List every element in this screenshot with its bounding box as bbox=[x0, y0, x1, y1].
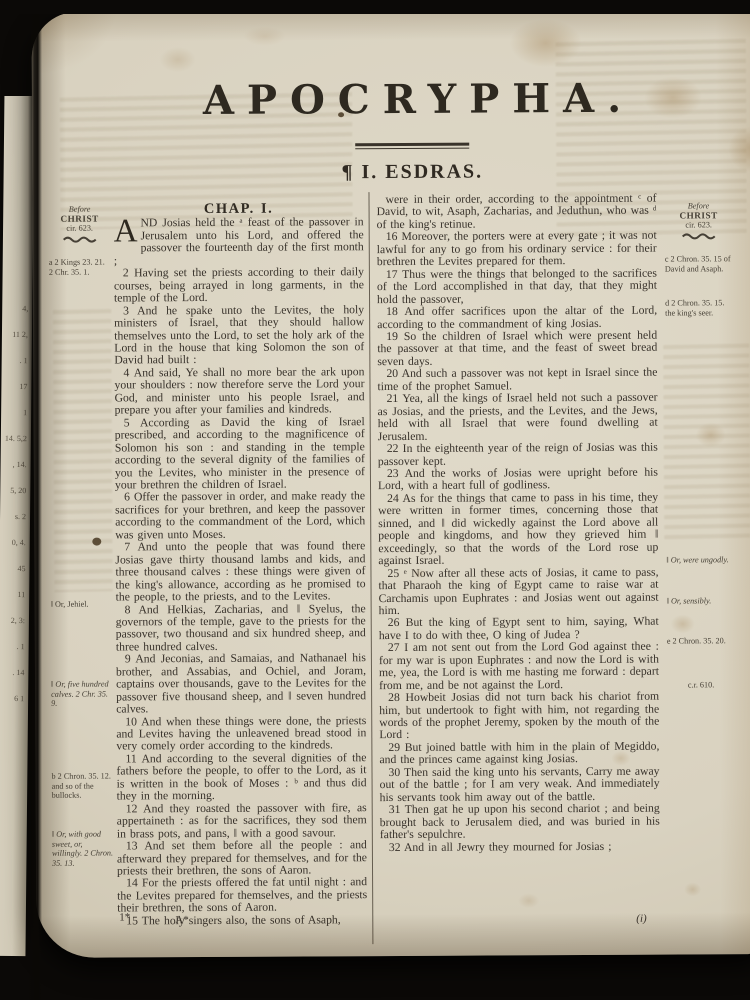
foxing-spot bbox=[684, 882, 701, 896]
signature-mark: 1* bbox=[119, 911, 130, 923]
edge-text-fragment: 6 1 bbox=[0, 686, 24, 712]
edge-text-fragment: 2, 3: bbox=[0, 608, 25, 634]
verse: 15 The holy singers also, the sons of As… bbox=[117, 914, 367, 928]
foxing-spot bbox=[412, 568, 427, 579]
edge-text-fragment: 4, bbox=[2, 296, 28, 322]
verse: 19 So the children of Israel which were … bbox=[377, 330, 657, 369]
verse: 9 And Jeconias, and Samaias, and Nathana… bbox=[116, 652, 366, 716]
foxing-spot bbox=[671, 614, 695, 633]
margin-date: c.r. 610. bbox=[667, 680, 735, 690]
verse: 30 Then said the king unto his servants,… bbox=[379, 765, 659, 804]
margin-note: ‖ Or, were ungodly. bbox=[666, 555, 734, 565]
before-christ-note-right: Before CHRIST cir. 623. bbox=[665, 201, 733, 240]
before-christ-line: CHRIST bbox=[49, 214, 111, 224]
book-gutter-shadow bbox=[28, 0, 42, 1000]
verse: 32 And in all Jewry they mourned for Jos… bbox=[380, 840, 660, 854]
foxing-spot bbox=[611, 751, 630, 766]
edge-text-fragment: 45 bbox=[0, 556, 26, 582]
verse: 5 According as David the king of Israel … bbox=[115, 416, 365, 492]
verse: 10 And when these things were done, the … bbox=[116, 715, 366, 754]
edge-text-fragment: 17 bbox=[1, 374, 27, 400]
edge-text-fragment: 5, 20 bbox=[0, 478, 26, 504]
foxing-spot bbox=[696, 422, 726, 447]
edge-text-fragment: 14. 5,2 bbox=[1, 426, 27, 452]
before-christ-line: cir. 623. bbox=[665, 220, 733, 230]
margin-reference: d 2 Chron. 35. 15. the king's seer. bbox=[665, 298, 733, 318]
foxing-spot bbox=[518, 893, 539, 908]
verse: 7 And unto the people that was found the… bbox=[115, 540, 365, 604]
edge-text-fragment: . 14 bbox=[0, 660, 25, 686]
margin-reference: e 2 Chron. 35. 20. bbox=[667, 636, 735, 646]
verse: were in their order, according to the ap… bbox=[376, 193, 656, 232]
foxing-spot bbox=[644, 76, 702, 118]
left-text-column: CHAP. I. AND Josias held the ᵃ feast of … bbox=[114, 202, 368, 951]
signature-mark: A* bbox=[175, 914, 189, 926]
ink-speck bbox=[92, 538, 101, 546]
before-christ-line: cir. 623. bbox=[49, 224, 111, 234]
edge-text-fragment: . 1 bbox=[0, 634, 25, 660]
before-christ-line: CHRIST bbox=[665, 211, 733, 221]
foxing-spot bbox=[244, 27, 286, 46]
margin-reference: b 2 Chron. 35. 12. and so of the bullock… bbox=[52, 771, 114, 800]
book-heading: ¶ I. ESDRAS. bbox=[112, 159, 712, 185]
edge-text-fragment: , 14. bbox=[0, 452, 26, 478]
verse-list: 2 Having set the priests according to th… bbox=[114, 266, 367, 927]
foxing-spot bbox=[160, 47, 196, 72]
edge-text-fragment: . 1 bbox=[2, 348, 28, 374]
edge-text-fragment: 1 bbox=[1, 400, 27, 426]
edge-text-fragment: 11 2, bbox=[2, 322, 28, 348]
verse: 11 And according to the several dignitie… bbox=[116, 752, 366, 803]
verse: 12 And they roasted the passover with fi… bbox=[117, 802, 367, 841]
verse: 24 As for the things that came to pass i… bbox=[378, 492, 658, 568]
margin-note: ‖ Or, five hundred calves. 2 Chr. 35. 9. bbox=[51, 679, 113, 708]
verse: 6 Offer the passover in order, and make … bbox=[115, 491, 365, 542]
verse: 2 Having set the priests according to th… bbox=[114, 266, 364, 305]
edge-text-fragment: 11 bbox=[0, 582, 25, 608]
edge-text-fragments: 4,11 2,. 117114. 5,2, 14.5, 20s. 20, 4.4… bbox=[0, 296, 28, 712]
margin-note: ‖ Or, Jehiel. bbox=[51, 599, 113, 609]
margin-note: ‖ Or, sensibly. bbox=[667, 596, 735, 606]
verse-text: ND Josias held the ᵃ feast of the passov… bbox=[114, 216, 364, 268]
verse: 27 I am not sent out from the Lord God a… bbox=[379, 641, 659, 692]
verse: 28 Howbeit Josias did not turn back his … bbox=[379, 691, 659, 742]
verse: 20 And such a passover was not kept in I… bbox=[377, 367, 657, 393]
edge-text-fragment: 0, 4. bbox=[0, 530, 26, 556]
book-page: APOCRYPHA. ¶ I. ESDRAS. CHAP. I. AND Jos… bbox=[32, 8, 750, 958]
squiggle-ornament bbox=[63, 235, 97, 243]
verse: 26 But the king of Egypt sent to him, sa… bbox=[379, 616, 659, 642]
margin-note: ‖ Or, with good sweet, or, willingly. 2 … bbox=[52, 829, 114, 868]
before-christ-note-left: Before CHRIST cir. 623. bbox=[49, 204, 111, 243]
foxing-spot bbox=[510, 19, 582, 67]
verse: 18 And offer sacrifices upon the altar o… bbox=[377, 305, 657, 331]
margin-reference: a 2 Kings 23. 21. 2 Chr. 35. 1. bbox=[49, 257, 111, 277]
verse: 4 And said, Ye shall no more bear the ar… bbox=[114, 366, 364, 417]
verse: 22 In the eighteenth year of the reign o… bbox=[378, 442, 658, 468]
verse: 31 Then gat he up upon his second chario… bbox=[380, 803, 660, 842]
book-photograph: 4,11 2,. 117114. 5,2, 14.5, 20s. 20, 4.4… bbox=[0, 0, 750, 1000]
background-top-strip bbox=[0, 0, 750, 14]
signature-mark: (i) bbox=[636, 913, 646, 925]
verse: AND Josias held the ᵃ feast of the passo… bbox=[114, 217, 364, 268]
edge-text-fragment: s. 2 bbox=[0, 504, 26, 530]
bleedthrough-ghost-text bbox=[53, 303, 113, 592]
verse: 13 And set them before all the people : … bbox=[117, 839, 367, 878]
chapter-heading: CHAP. I. bbox=[114, 202, 364, 216]
verse: 16 Moreover, the porters were at every g… bbox=[377, 230, 657, 269]
drop-cap: A bbox=[114, 218, 141, 245]
verse: 21 Yea, all the kings of Israel held not… bbox=[378, 392, 658, 443]
verse: 3 And he spake unto the Levites, the hol… bbox=[114, 304, 364, 368]
verse: 8 And Helkias, Zacharias, and ‖ Syelus, … bbox=[116, 603, 366, 654]
margin-reference: c 2 Chron. 35. 15 of David and Asaph. bbox=[665, 254, 733, 274]
verse: 23 And the works of Josias were upright … bbox=[378, 467, 658, 493]
ink-speck bbox=[338, 112, 344, 117]
verse: 14 For the priests offered the fat until… bbox=[117, 877, 367, 916]
double-rule-divider bbox=[355, 143, 469, 150]
column-divider-rule bbox=[368, 192, 373, 944]
squiggle-ornament bbox=[682, 232, 716, 240]
verse: 17 Thus were the things that belonged to… bbox=[377, 267, 657, 306]
page-title: APOCRYPHA. bbox=[92, 74, 732, 124]
